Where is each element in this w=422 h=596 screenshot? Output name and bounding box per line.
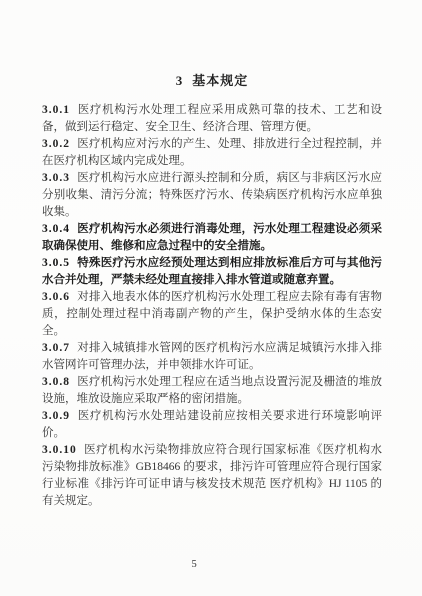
- clause-3-0-4: 3.0.4医疗机构污水必须进行消毒处理，污水处理工程建设必须采取确保使用、维修和…: [42, 221, 382, 255]
- section-title-text: 基本规定: [192, 73, 248, 88]
- section-number: 3: [176, 73, 184, 88]
- clause-number: 3.0.4: [42, 223, 70, 235]
- document-page: 3基本规定 3.0.1医疗机构污水处理工程应采用成熟可靠的技术、工艺和设备，做到…: [0, 0, 422, 596]
- clause-number: 3.0.8: [42, 376, 70, 388]
- clause-text: 医疗机构应对污水的产生、处理、排放进行全过程控制，并在医疗机构区域内完成处理。: [42, 138, 382, 167]
- clause-3-0-5: 3.0.5特殊医疗污水应经预处理达到相应排放标准后方可与其他污水合并处理，严禁未…: [42, 255, 382, 289]
- clause-number: 3.0.5: [42, 257, 70, 269]
- clause-3-0-6: 3.0.6对排入地表水体的医疗机构污水处理工程应去除有毒有害物质，控制处理过程中…: [42, 289, 382, 340]
- clause-text: 医疗机构污水必须进行消毒处理，污水处理工程建设必须采取确保使用、维修和应急过程中…: [42, 223, 382, 252]
- clause-text: 特殊医疗污水应经预处理达到相应排放标准后方可与其他污水合并处理，严禁未经处理直接…: [42, 257, 382, 286]
- clause-text: 医疗机构污水处理工程应在适当地点设置污泥及栅渣的堆放设施，堆放设施应采取严格的密…: [42, 376, 382, 405]
- clause-number: 3.0.6: [42, 291, 70, 303]
- clause-text: 医疗机构污水处理站建设前应按相关要求进行环境影响评价。: [42, 410, 382, 439]
- clause-3-0-7: 3.0.7对排入城镇排水管网的医疗机构污水应满足城镇污水排入排水管网许可管理办法…: [42, 340, 382, 374]
- page-title: 3基本规定: [42, 70, 382, 89]
- clause-text: 对排入城镇排水管网的医疗机构污水应满足城镇污水排入排水管网许可管理办法，并申领排…: [42, 342, 382, 371]
- clause-text: 医疗机构污水处理工程应采用成熟可靠的技术、工艺和设备，做到运行稳定、安全卫生、经…: [42, 104, 382, 133]
- page-content: 3基本规定 3.0.1医疗机构污水处理工程应采用成熟可靠的技术、工艺和设备，做到…: [42, 70, 382, 510]
- clause-3-0-1: 3.0.1医疗机构污水处理工程应采用成熟可靠的技术、工艺和设备，做到运行稳定、安…: [42, 102, 382, 136]
- clause-3-0-9: 3.0.9医疗机构污水处理站建设前应按相关要求进行环境影响评价。: [42, 408, 382, 442]
- clause-3-0-3: 3.0.3医疗机构污水应进行源头控制和分质，病区与非病区污水应分别收集、清污分流…: [42, 170, 382, 221]
- clause-text: 对排入地表水体的医疗机构污水处理工程应去除有毒有害物质，控制处理过程中消毒副产物…: [42, 291, 382, 337]
- clause-3-0-10: 3.0.10医疗机构水污染物排放应符合现行国家标准《医疗机构水污染物排放标准》G…: [42, 442, 382, 510]
- page-number: 5: [0, 559, 388, 570]
- clause-number: 3.0.9: [42, 410, 70, 422]
- clause-3-0-2: 3.0.2医疗机构应对污水的产生、处理、排放进行全过程控制，并在医疗机构区域内完…: [42, 136, 382, 170]
- clause-number: 3.0.10: [42, 444, 77, 456]
- clause-number: 3.0.3: [42, 172, 70, 184]
- clause-number: 3.0.1: [42, 104, 70, 116]
- clause-3-0-8: 3.0.8医疗机构污水处理工程应在适当地点设置污泥及栅渣的堆放设施，堆放设施应采…: [42, 374, 382, 408]
- clause-number: 3.0.7: [42, 342, 70, 354]
- clause-number: 3.0.2: [42, 138, 70, 150]
- clause-text: 医疗机构水污染物排放应符合现行国家标准《医疗机构水污染物排放标准》GB18466…: [42, 444, 382, 507]
- clause-text: 医疗机构污水应进行源头控制和分质，病区与非病区污水应分别收集、清污分流；特殊医疗…: [42, 172, 382, 218]
